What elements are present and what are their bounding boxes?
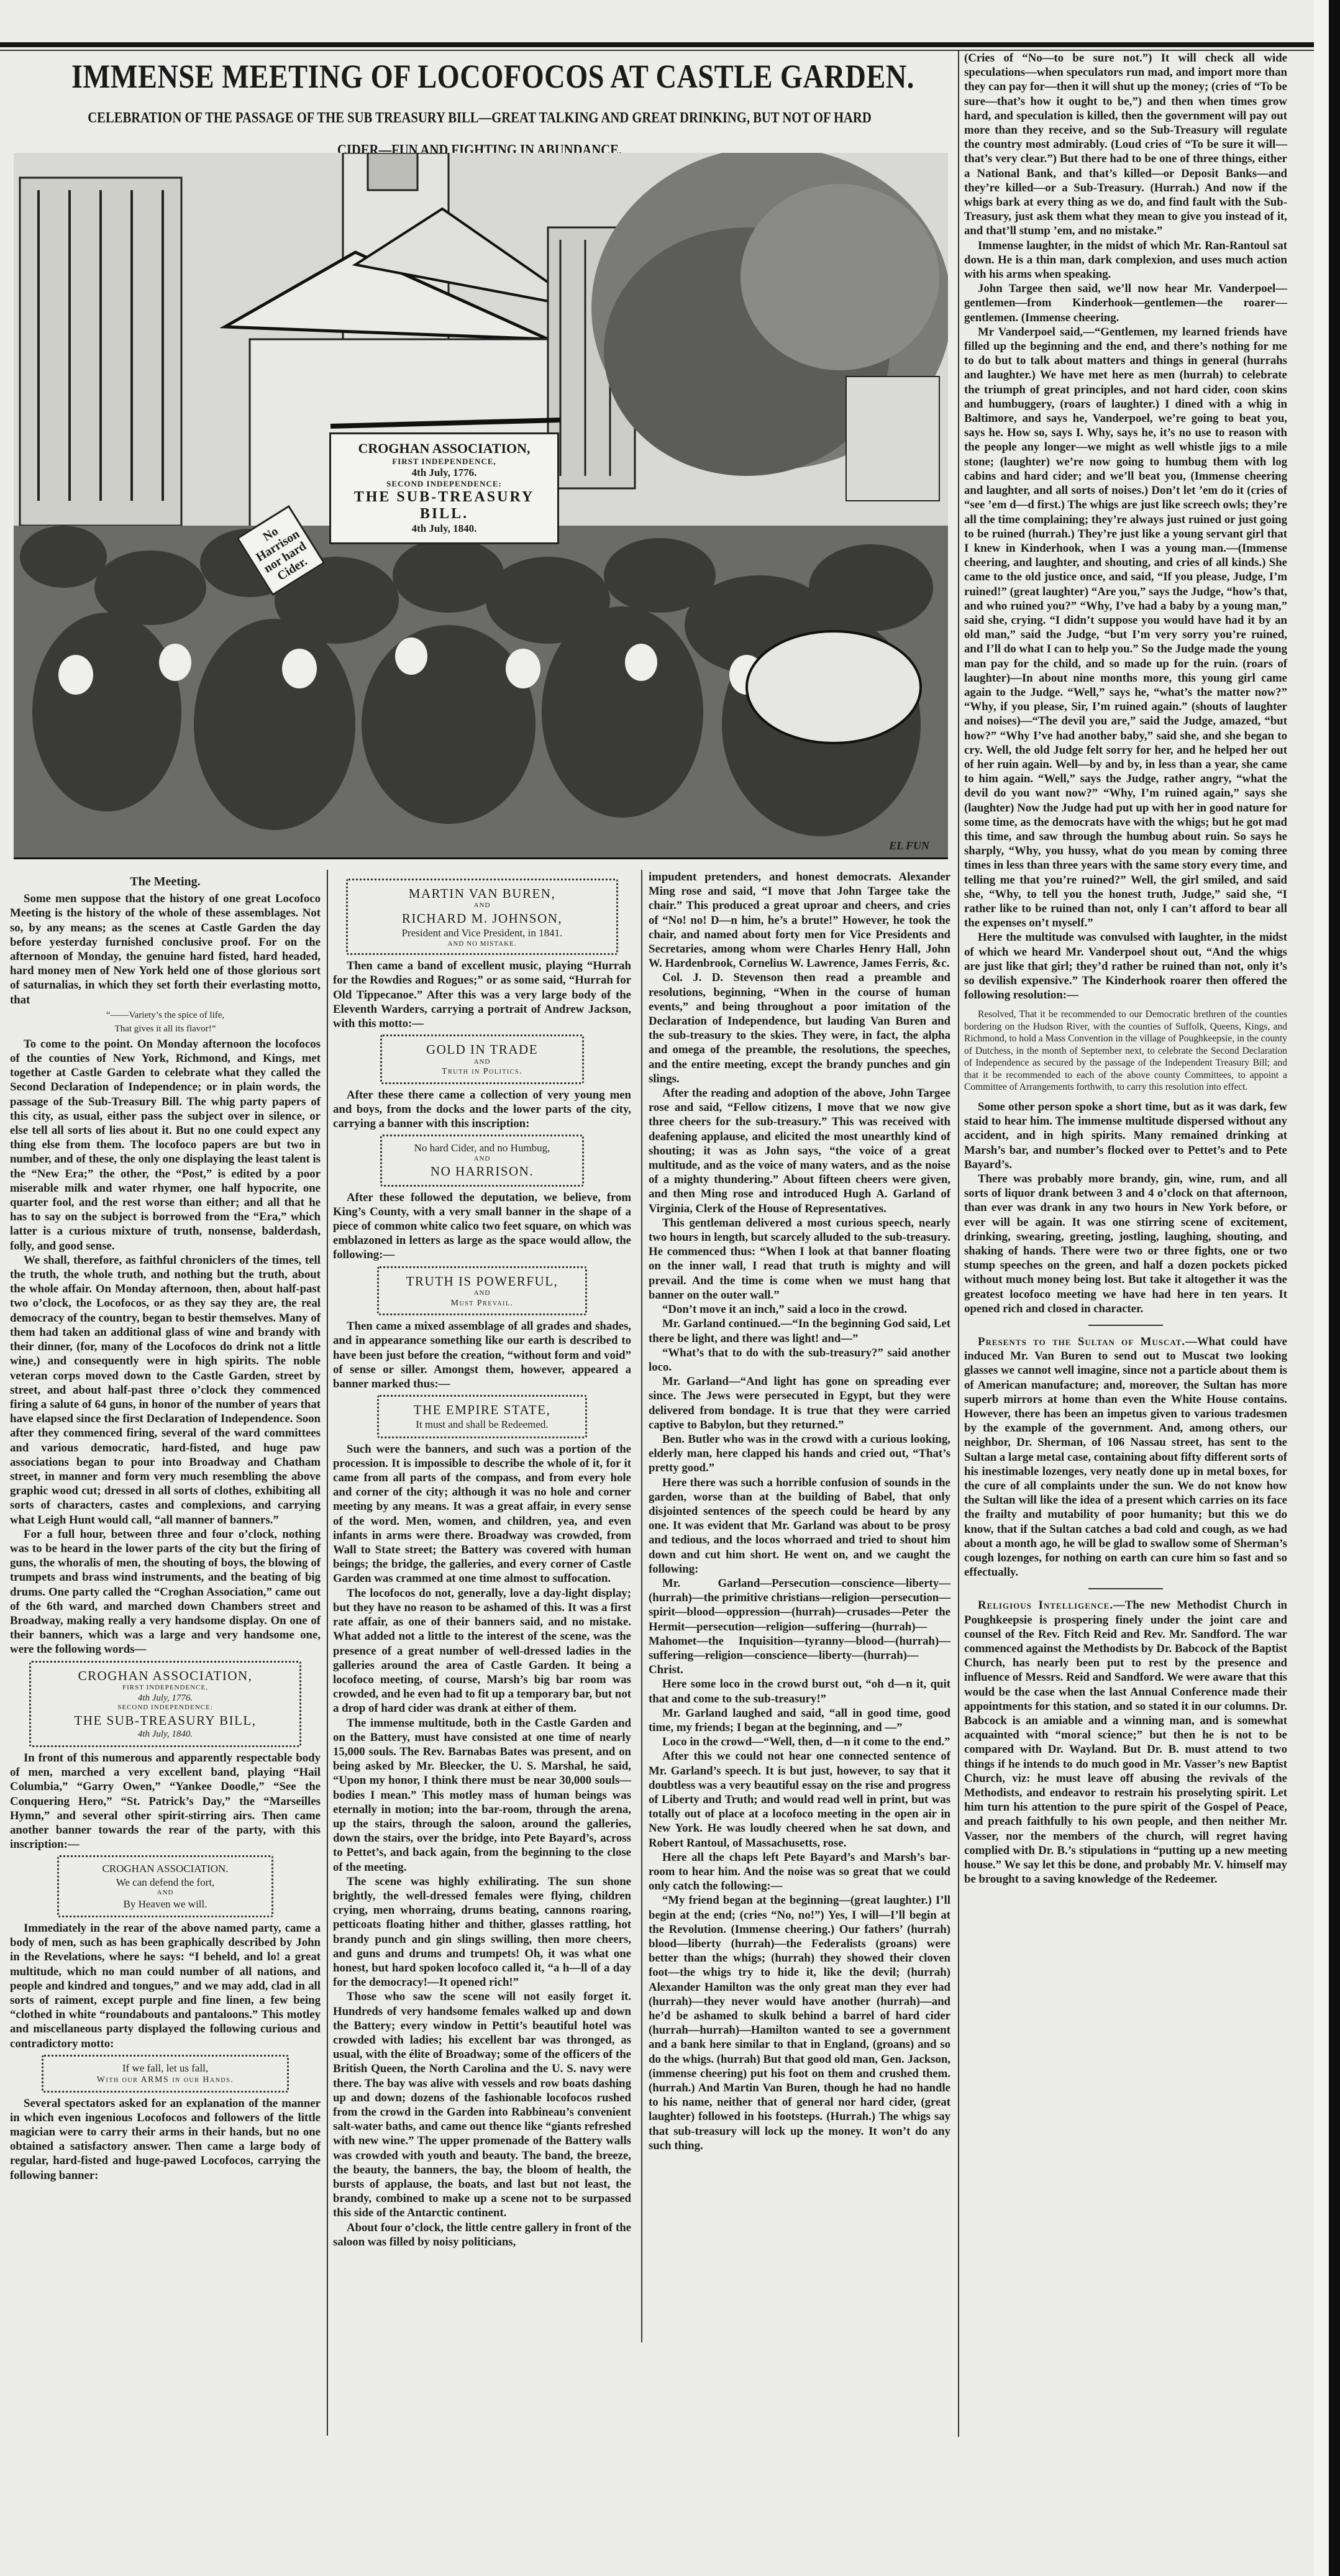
section-heading-the-meeting: The Meeting. — [10, 875, 321, 889]
banner-line: It must and shall be Redeemed. — [383, 1418, 581, 1431]
section-heading-religious: Religious Intelligence. — [978, 1599, 1113, 1612]
paragraph: Some other person spoke a short time, bu… — [964, 1100, 1287, 1172]
banner-line: 4th July, 1776. — [35, 1692, 296, 1704]
banner-croghan-2: CROGHAN ASSOCIATION. We can defend the f… — [57, 1855, 273, 1917]
subheadline-line-1: Celebration of the passage of the Sub Tr… — [71, 102, 888, 134]
paragraph: Mr. Garland laughed and said, “all in go… — [649, 1706, 950, 1735]
paragraph: Col. J. D. Stevenson then read a preambl… — [649, 971, 950, 1086]
banner-line: With our ARMS in our Hands. — [47, 2075, 283, 2086]
paragraph: Here all the chaps left Pete Bayard’s an… — [649, 1850, 950, 1894]
banner-line: If we fall, let us fall, — [47, 2062, 283, 2075]
croghan-banner-drawing: CROGHAN ASSOCIATION, FIRST INDEPENDENCE,… — [329, 432, 559, 544]
banner-line: FIRST INDEPENDENCE, — [35, 1684, 296, 1692]
banner-line: AND — [386, 1155, 578, 1164]
religious-article: Religious Intelligence.—The new Methodis… — [964, 1598, 1287, 1886]
banner-line: SECOND INDEPENDENCE: — [331, 479, 557, 489]
banner-line: AND — [352, 902, 613, 910]
column-3: impudent pretenders, and honest democrat… — [649, 870, 950, 2153]
banner-line: AND — [386, 1058, 578, 1067]
paragraph: “What’s that to do with the sub-treasury… — [649, 1346, 950, 1374]
paragraph: “Don’t move it an inch,” said a loco in … — [649, 1302, 950, 1317]
paragraph: Mr. Garland—Persecution—conscience—liber… — [649, 1576, 950, 1677]
verse-line: “——Variety’s the spice of life, — [10, 1010, 321, 1021]
paragraph: To come to the point. On Monday afternoo… — [10, 1037, 321, 1253]
paragraph: “My friend began at the beginning—(great… — [649, 1893, 950, 2153]
banner-truth-is-powerful: TRUTH IS POWERFUL, AND Must Prevail. — [377, 1266, 587, 1316]
banner-line: No hard Cider, and no Humbug, — [386, 1141, 578, 1154]
banner-line: AND — [63, 1889, 268, 1898]
page-edge — [1329, 0, 1340, 2576]
banner-line: SECOND INDEPENDENCE: — [35, 1704, 296, 1712]
resolution-text: Resolved, That it be recommended to our … — [964, 1008, 1287, 1094]
paragraph: Here some loco in the crowd burst out, “… — [649, 1677, 950, 1706]
paragraph: Mr Vanderpoel said,—“Gentlemen, my learn… — [964, 325, 1287, 931]
paragraph: After these followed the deputation, we … — [333, 1190, 631, 1263]
section-heading-sultan: Presents to the Sultan of Muscat. — [978, 1335, 1185, 1348]
banner-croghan-1: CROGHAN ASSOCIATION, FIRST INDEPENDENCE,… — [29, 1661, 301, 1748]
banner-line: 4th July, 1840. — [35, 1729, 296, 1740]
column-1: The Meeting. Some men suppose that the h… — [10, 870, 321, 2183]
banner-line: RICHARD M. JOHNSON, — [352, 910, 613, 926]
article-body: —What could have induced Mr. Van Buren t… — [964, 1335, 1287, 1579]
column-2: MARTIN VAN BUREN, AND RICHARD M. JOHNSON… — [333, 870, 631, 2249]
banner-line: 4th July, 1776. — [331, 467, 557, 479]
section-divider — [1088, 1325, 1163, 1326]
banner-line: President and Vice President, in 1841. — [352, 926, 613, 939]
banner-line: TRUTH IS POWERFUL, — [383, 1273, 581, 1289]
column-divider — [327, 870, 328, 2436]
paragraph: After the reading and adoption of the ab… — [649, 1086, 950, 1216]
banner-arms-motto: If we fall, let us fall, With our ARMS i… — [42, 2055, 289, 2093]
banner-line: FIRST INDEPENDENCE, — [331, 457, 557, 467]
page-margin — [1314, 0, 1329, 2576]
banner-van-buren: MARTIN VAN BUREN, AND RICHARD M. JOHNSON… — [346, 879, 618, 955]
banner-line: THE SUB-TREASURY BILL. — [331, 489, 557, 523]
paragraph: Then came a mixed assemblage of all grad… — [333, 1319, 631, 1391]
paragraph: Such were the banners, and such was a po… — [333, 1442, 631, 1586]
paragraph: Here the multitude was convulsed with la… — [964, 930, 1287, 1002]
paragraph: After these there came a collection of v… — [333, 1088, 631, 1131]
paragraph: The scene was highly exhilirating. The s… — [333, 1875, 631, 1990]
section-divider — [1088, 1588, 1163, 1589]
paragraph: Loco in the crowd—“Well, then, d—n it co… — [649, 1735, 950, 1749]
paragraph: Ben. Butler who was in the crowd with a … — [649, 1432, 950, 1476]
paragraph: After this we could not hear one connect… — [649, 1749, 950, 1850]
column-4: (Cries of “No—to be sure not.”) It will … — [964, 51, 1287, 1886]
headline: IMMENSE MEETING OF LOCOFOCOS AT CASTLE G… — [71, 53, 888, 96]
paragraph: impudent pretenders, and honest democrat… — [649, 870, 950, 971]
masthead-rule — [0, 42, 1340, 47]
paragraph: About four o’clock, the little centre ga… — [333, 2221, 631, 2249]
paragraph: Here there was such a horrible confusion… — [649, 1476, 950, 1576]
banner-line: By Heaven we will. — [63, 1898, 268, 1911]
banner-no-harrison: No hard Cider, and no Humbug, AND NO HAR… — [380, 1135, 584, 1186]
paragraph: The immense multitude, both in the Castl… — [333, 1716, 631, 1875]
banner-line: MARTIN VAN BUREN, — [352, 885, 613, 902]
paragraph: The locofocos do not, generally, love a … — [333, 1586, 631, 1716]
article-header: IMMENSE MEETING OF LOCOFOCOS AT CASTLE G… — [5, 53, 954, 153]
article-body: —The new Methodist Church in Poughkeepsi… — [964, 1599, 1287, 1886]
paragraph: Immediately in the rear of the above nam… — [10, 1921, 321, 2051]
woodcut-illustration: CROGHAN ASSOCIATION, FIRST INDEPENDENCE,… — [14, 153, 948, 859]
banner-line: GOLD IN TRADE — [386, 1041, 578, 1057]
banner-title: CROGHAN ASSOCIATION, — [331, 441, 557, 457]
banner-gold-in-trade: GOLD IN TRADE AND Truth in Politics. — [380, 1035, 584, 1084]
paragraph: (Cries of “No—to be sure not.”) It will … — [964, 51, 1287, 239]
paragraph: Mr. Garland—“And light has gone on sprea… — [649, 1374, 950, 1432]
banner-line: Must Prevail. — [383, 1298, 581, 1309]
paragraph: There was probably more brandy, gin, win… — [964, 1172, 1287, 1316]
banner-line: THE EMPIRE STATE, — [383, 1402, 581, 1418]
paragraph: John Targee then said, we’ll now hear Mr… — [964, 281, 1287, 325]
banner-line: AND — [383, 1289, 581, 1298]
banner-line: NO HARRISON. — [386, 1163, 578, 1179]
paragraph: Several spectators asked for an explanat… — [10, 2096, 321, 2183]
paragraph: In front of this numerous and apparently… — [10, 1751, 321, 1852]
paragraph: Those who saw the scene will not easily … — [333, 1989, 631, 2220]
banner-line: Truth in Politics. — [386, 1066, 578, 1077]
banner-empire-state: THE EMPIRE STATE, It must and shall be R… — [377, 1395, 587, 1438]
paragraph: This gentleman delivered a most curious … — [649, 1216, 950, 1302]
banner-line: We can defend the fort, — [63, 1876, 268, 1889]
column-divider — [641, 870, 642, 2342]
paragraph: We shall, therefore, as faithful chronic… — [10, 1253, 321, 1527]
paragraph: For a full hour, between three and four … — [10, 1527, 321, 1657]
paragraph: Then came a band of excellent music, pla… — [333, 959, 631, 1031]
banner-line: AND NO MISTAKE. — [352, 940, 613, 949]
verse-line: That gives it all its flavor!” — [10, 1023, 321, 1035]
paragraph: Mr. Garland continued.—“In the beginning… — [649, 1317, 950, 1345]
banner-line: CROGHAN ASSOCIATION, — [35, 1668, 296, 1684]
banner-line: 4th July, 1840. — [331, 523, 557, 535]
banner-line: CROGHAN ASSOCIATION. — [63, 1862, 268, 1875]
engraver-signature: EL FUN — [889, 839, 929, 852]
paragraph: Some men suppose that the history of one… — [10, 892, 321, 1007]
sultan-article: Presents to the Sultan of Muscat.—What c… — [964, 1335, 1287, 1579]
column-divider — [958, 51, 959, 2437]
banner-line: THE SUB-TREASURY BILL, — [35, 1712, 296, 1729]
paragraph: Immense laughter, in the midst of which … — [964, 239, 1287, 282]
